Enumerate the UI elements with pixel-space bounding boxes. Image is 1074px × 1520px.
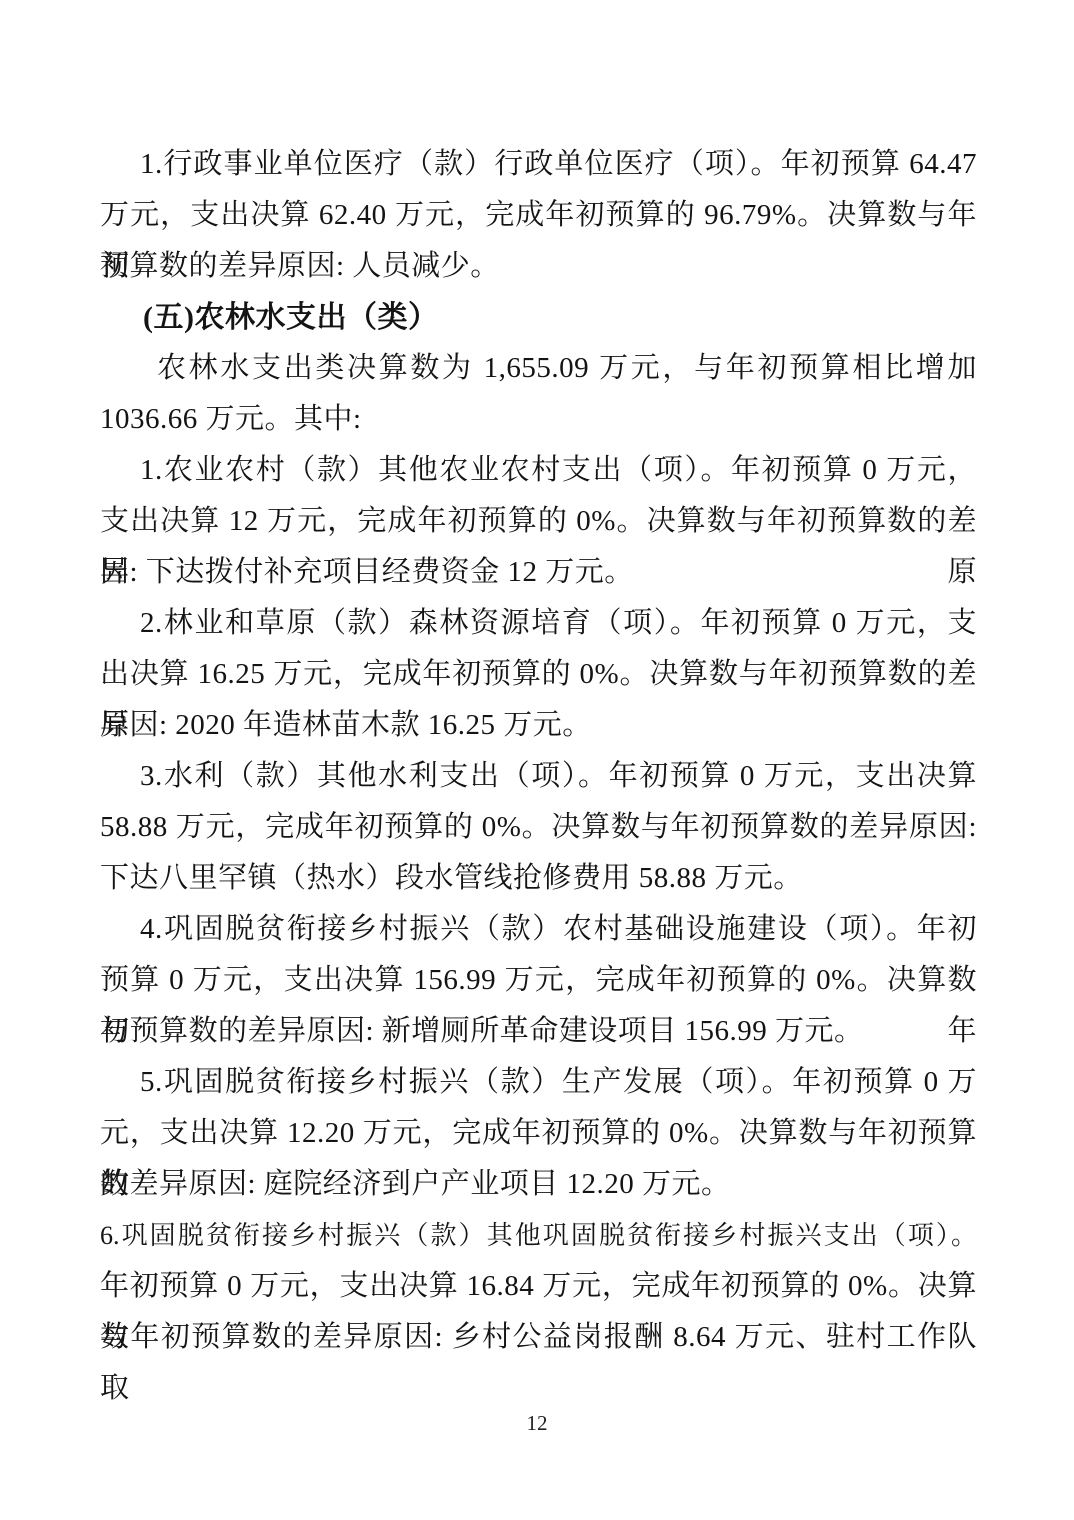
text-line: 元，支出决算 12.20 万元，完成年初预算的 0%。决算数与年初预算数 [100,1108,977,1159]
paragraph: 1.行政事业单位医疗（款）行政单位医疗（项）。年初预算 64.47万元，支出决算… [100,139,977,292]
text-line: 下达八里罕镇（热水）段水管线抢修费用 58.88 万元。 [100,853,977,904]
text-line: 3.水利（款）其他水利支出（项）。年初预算 0 万元，支出决算 [100,751,977,802]
paragraph: 1.农业农村（款）其他农业农村支出（项）。年初预算 0 万元，支出决算 12 万… [100,445,977,598]
text-line: 与年初预算数的差异原因: 乡村公益岗报酬 8.64 万元、驻村工作队取 [100,1312,977,1363]
text-line: 58.88 万元，完成年初预算的 0%。决算数与年初预算数的差异原因: [100,802,977,853]
paragraph: 6.巩固脱贫衔接乡村振兴（款）其他巩固脱贫衔接乡村振兴支出（项）。年初预算 0 … [100,1210,977,1363]
text-line: 支出决算 12 万元，完成年初预算的 0%。决算数与年初预算数的差异原 [100,496,977,547]
text-line: (五)农林水支出（类） [100,292,977,343]
paragraph: 农林水支出类决算数为 1,655.09 万元，与年初预算相比增加1036.66 … [100,343,977,445]
text-line: 出决算 16.25 万元，完成年初预算的 0%。决算数与年初预算数的差异 [100,649,977,700]
text-line: 预算 0 万元，支出决算 156.99 万元，完成年初预算的 0%。决算数与年 [100,955,977,1006]
text-line: 1.农业农村（款）其他农业农村支出（项）。年初预算 0 万元， [100,445,977,496]
text-line: 初预算数的差异原因: 新增厕所革命建设项目 156.99 万元。 [100,1006,977,1057]
section-heading: (五)农林水支出（类） [100,292,977,343]
text-line: 4.巩固脱贫衔接乡村振兴（款）农村基础设施建设（项）。年初 [100,904,977,955]
page-number: 12 [0,1408,1074,1438]
text-line: 1.行政事业单位医疗（款）行政单位医疗（项）。年初预算 64.47 [100,139,977,190]
paragraph: 4.巩固脱贫衔接乡村振兴（款）农村基础设施建设（项）。年初预算 0 万元，支出决… [100,904,977,1057]
text-line: 2.林业和草原（款）森林资源培育（项）。年初预算 0 万元，支 [100,598,977,649]
text-line: 1036.66 万元。其中: [100,394,977,445]
text-line: 预算数的差异原因: 人员减少。 [100,241,977,292]
text-line: 的差异原因: 庭院经济到户产业项目 12.20 万元。 [100,1159,977,1210]
document-page: 1.行政事业单位医疗（款）行政单位医疗（项）。年初预算 64.47万元，支出决算… [0,0,1074,1520]
text-line: 原因: 2020 年造林苗木款 16.25 万元。 [100,700,977,751]
text-line: 5.巩固脱贫衔接乡村振兴（款）生产发展（项）。年初预算 0 万 [100,1057,977,1108]
text-line: 万元，支出决算 62.40 万元，完成年初预算的 96.79%。决算数与年初 [100,190,977,241]
text-line: 6.巩固脱贫衔接乡村振兴（款）其他巩固脱贫衔接乡村振兴支出（项）。 [100,1210,977,1261]
document-body: 1.行政事业单位医疗（款）行政单位医疗（项）。年初预算 64.47万元，支出决算… [100,139,977,1363]
paragraph: 5.巩固脱贫衔接乡村振兴（款）生产发展（项）。年初预算 0 万元，支出决算 12… [100,1057,977,1210]
text-line: 年初预算 0 万元，支出决算 16.84 万元，完成年初预算的 0%。决算数 [100,1261,977,1312]
text-line: 农林水支出类决算数为 1,655.09 万元，与年初预算相比增加 [100,343,977,394]
paragraph: 2.林业和草原（款）森林资源培育（项）。年初预算 0 万元，支出决算 16.25… [100,598,977,751]
paragraph: 3.水利（款）其他水利支出（项）。年初预算 0 万元，支出决算58.88 万元，… [100,751,977,904]
